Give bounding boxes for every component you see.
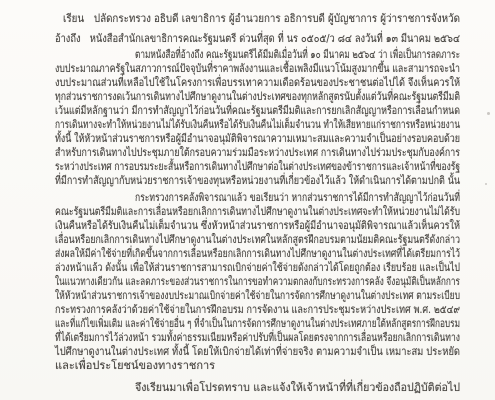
paragraph-closing: จึงเรียนมาเพื่อโปรดทราบ และแจ้งให้เจ้าหน… (55, 381, 495, 395)
paragraph-cabinet-resolution: ตามหนังสือที่อ้างถึง คณะรัฐมนตรีได้มีมติ… (55, 48, 495, 188)
body-text-line: เงินคืนหรือได้รับเงินคืนไม่เต็มจำนวน ซึ่… (55, 219, 460, 233)
line-text: คณะรัฐมนตรีมีมติและการเลื่อนหรือยกเลิกกา… (55, 205, 460, 219)
line-text: จึงเรียนมาเพื่อโปรดทราบ และแจ้งให้เจ้าหน… (135, 381, 460, 395)
body-text-line: ทุกส่วนราชการงดเว้นการเดินทางไปศึกษาดูงา… (55, 90, 460, 104)
salutation-label: เรียน (63, 12, 84, 25)
body-text-line: ไปศึกษาดูงานในต่างประเทศ ทั้งนี้ โดยให้เ… (55, 345, 460, 359)
body-text-line: ที่ได้เตรียมการไว้ล่วงหน้า รวมทั้งค่าธรร… (55, 331, 460, 345)
line-text: กระทรวงการคลังพิจารณาแล้ว ขอเรียนว่า หาก… (135, 191, 460, 205)
line-text: เงินคืนหรือได้รับเงินคืนไม่เต็มจำนวน ซึ่… (55, 219, 460, 233)
line-text: ไปศึกษาดูงานในต่างประเทศ ทั้งนี้ โดยให้เ… (55, 345, 460, 359)
line-text: เลื่อนหรือยกเลิกการเดินทางไปศึกษาดูงานใน… (55, 233, 460, 247)
line-text: งบประมาณภาครัฐในสภาวการณ์ปัจจุบันที่ราคา… (55, 62, 460, 76)
salutation-text-wrap: เรียนปลัดกระทรวง อธิบดี เลขาธิการ ผู้อำน… (63, 12, 460, 26)
line-text: สำหรับการเดินทางไปประชุมภายใต้กรอบความร่… (55, 146, 460, 160)
body-text-line: ล่วงหน้าแล้ว ดังนั้น เพื่อให้ส่วนราชการส… (55, 261, 460, 275)
line-text: ตามหนังสือที่อ้างถึง คณะรัฐมนตรีได้มีมติ… (135, 48, 460, 62)
body-text-line: และเพื่อประโยชน์ของทางราชการ (55, 359, 460, 373)
line-text: ทั้งนี้ ให้หัวหน้าส่วนราชการหรือผู้มีอำน… (55, 132, 460, 146)
paragraph-ministry-decision: กระทรวงการคลังพิจารณาแล้ว ขอเรียนว่า หาก… (55, 191, 495, 373)
line-text: การเดินทางจะทำให้หน่วยงานไม่ได้รับเงินคื… (55, 118, 460, 132)
reference-text-wrap: อ้างถึงหนังสือสำนักเลขาธิการคณะรัฐมนตรี … (55, 32, 460, 46)
scanned-letter-page: เรียนปลัดกระทรวง อธิบดี เลขาธิการ ผู้อำน… (0, 0, 495, 400)
line-text: ที่ได้เตรียมการไว้ล่วงหน้า รวมทั้งค่าธรร… (55, 331, 460, 345)
body-text-line: กระทรวงการคลังพิจารณาแล้ว ขอเรียนว่า หาก… (55, 191, 460, 205)
reference-line: อ้างถึงหนังสือสำนักเลขาธิการคณะรัฐมนตรี … (55, 32, 460, 46)
body-text-line: ทั้งนี้ ให้หัวหน้าส่วนราชการหรือผู้มีอำน… (55, 132, 460, 146)
body-text-line: การเดินทางจะทำให้หน่วยงานไม่ได้รับเงินคื… (55, 118, 460, 132)
body-text-line: และที่แก้ไขเพิ่มเติม และค่าใช้จ่ายอื่น ๆ… (55, 317, 460, 331)
line-text: ระหว่างประเทศ การอบรมระยะสั้นหรือการเดิน… (55, 160, 460, 174)
body-text-line: ในแนวทางเดียวกัน และลดภาระของส่วนราชการใ… (55, 275, 460, 289)
body-text-line: ตามหนังสือที่อ้างถึง คณะรัฐมนตรีได้มีมติ… (55, 48, 460, 62)
line-text: ในแนวทางเดียวกัน และลดภาระของส่วนราชการใ… (55, 275, 460, 289)
body-text-line: ส่งผลให้มีค่าใช้จ่ายที่เกิดขึ้นจากการเลื… (55, 247, 460, 261)
salutation-recipients: ปลัดกระทรวง อธิบดี เลขาธิการ ผู้อำนวยการ… (94, 12, 460, 25)
reference-document: หนังสือสำนักเลขาธิการคณะรัฐมนตรี ด่วนที่… (90, 32, 460, 45)
line-text: และที่แก้ไขเพิ่มเติม และค่าใช้จ่ายอื่น ๆ… (55, 317, 460, 331)
body-text-line: เว้นแต่มีหลักฐานว่า มีการทำสัญญาไว้ก่อนว… (55, 104, 460, 118)
scan-artifact-dot (485, 183, 487, 185)
closing-line: จึงเรียนมาเพื่อโปรดทราบ และแจ้งให้เจ้าหน… (55, 381, 460, 395)
salutation-line: เรียนปลัดกระทรวง อธิบดี เลขาธิการ ผู้อำน… (55, 12, 460, 26)
line-text: ให้หัวหน้าส่วนราชการเจ้าของงบประมาณเบิกจ… (55, 289, 460, 303)
line-text: ส่งผลให้มีค่าใช้จ่ายที่เกิดขึ้นจากการเลื… (55, 247, 460, 261)
line-text: ที่มีการทำสัญญากับหน่วยราชการเจ้าของทุนห… (55, 174, 460, 188)
body-text-line: งบประมาณภาครัฐในสภาวการณ์ปัจจุบันที่ราคา… (55, 62, 460, 76)
line-text: และเพื่อประโยชน์ของทางราชการ (55, 359, 215, 373)
line-text: เว้นแต่มีหลักฐานว่า มีการทำสัญญาไว้ก่อนว… (55, 104, 460, 118)
body-text-line: งบประมาณส่วนที่เหลือไปใช้ในโครงการเพื่อบ… (55, 76, 460, 90)
body-text-line: กระทรวงการคลังว่าด้วยค่าใช้จ่ายในการฝึกอ… (55, 303, 460, 317)
body-text-line: คณะรัฐมนตรีมีมติและการเลื่อนหรือยกเลิกกา… (55, 205, 460, 219)
body-text-line: สำหรับการเดินทางไปประชุมภายใต้กรอบความร่… (55, 146, 460, 160)
reference-label: อ้างถึง (55, 32, 80, 45)
line-text: ทุกส่วนราชการงดเว้นการเดินทางไปศึกษาดูงา… (55, 90, 460, 104)
line-text: งบประมาณส่วนที่เหลือไปใช้ในโครงการเพื่อบ… (55, 76, 460, 90)
body-text-line: ที่มีการทำสัญญากับหน่วยราชการเจ้าของทุนห… (55, 174, 460, 188)
body-text-line: ระหว่างประเทศ การอบรมระยะสั้นหรือการเดิน… (55, 160, 460, 174)
line-text: ล่วงหน้าแล้ว ดังนั้น เพื่อให้ส่วนราชการส… (55, 261, 460, 275)
line-text: กระทรวงการคลังว่าด้วยค่าใช้จ่ายในการฝึกอ… (55, 303, 460, 317)
body-text-line: ให้หัวหน้าส่วนราชการเจ้าของงบประมาณเบิกจ… (55, 289, 460, 303)
body-text-line: เลื่อนหรือยกเลิกการเดินทางไปศึกษาดูงานใน… (55, 233, 460, 247)
scan-artifact-dot (487, 112, 490, 115)
